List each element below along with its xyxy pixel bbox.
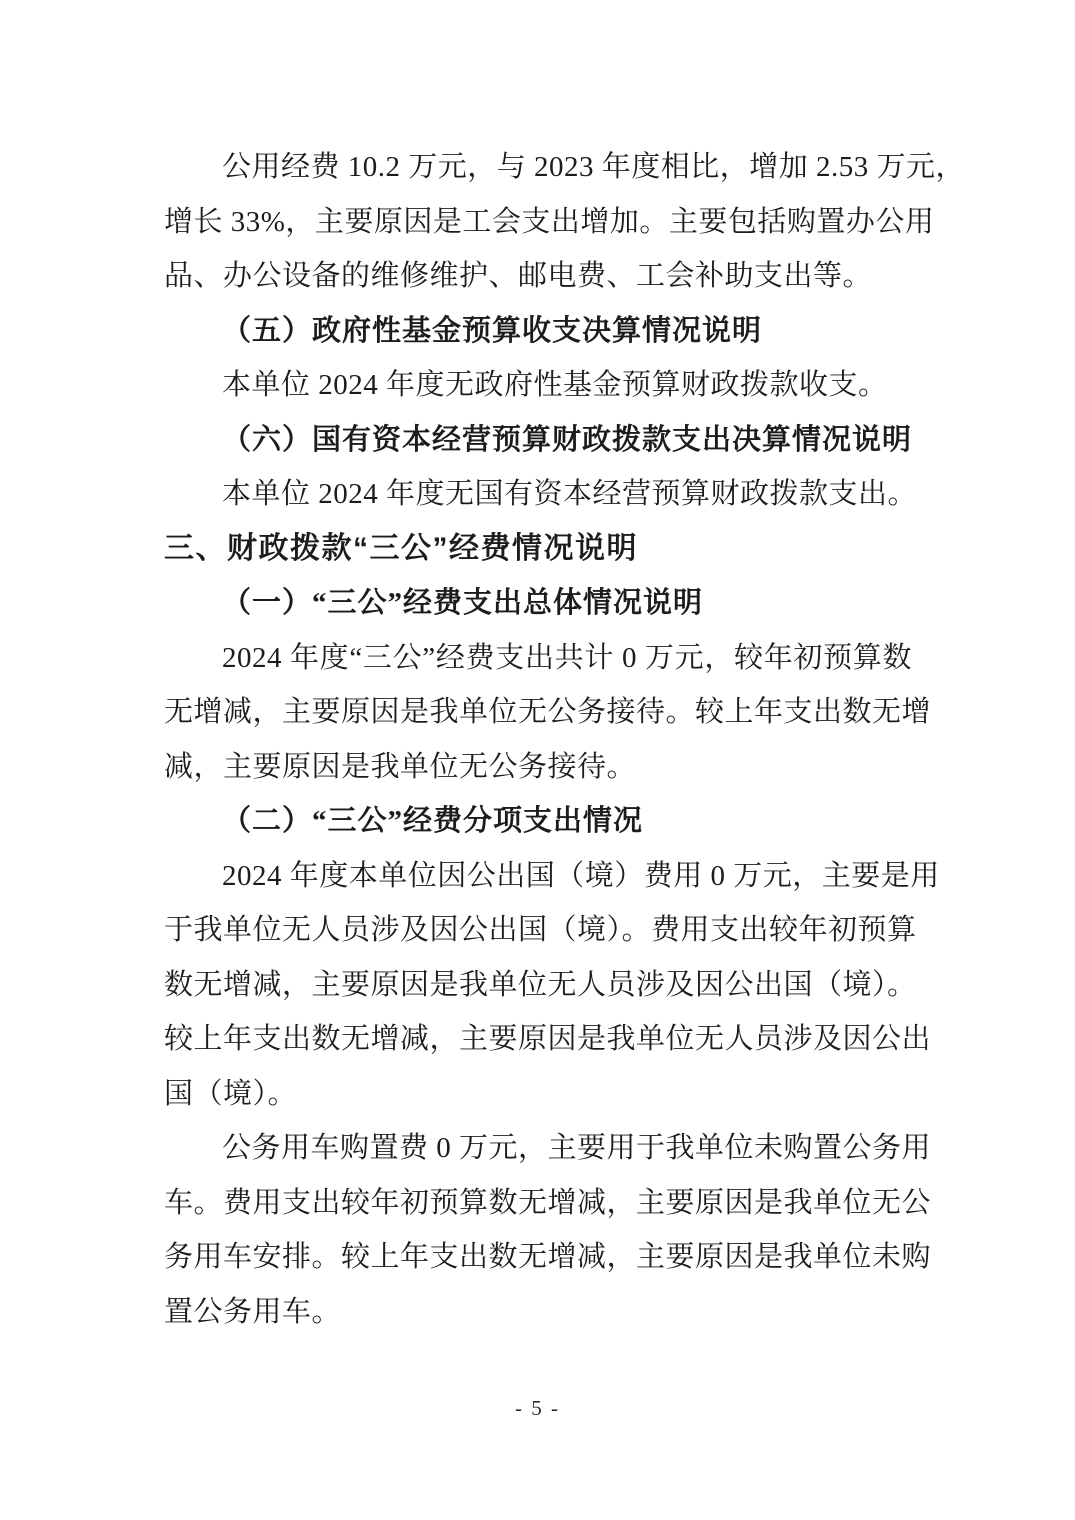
paragraph-line: 减，主要原因是我单位无公务接待。 xyxy=(164,740,912,795)
paragraph-line: 公务用车购置费 0 万元，主要用于我单位未购置公务用 xyxy=(164,1121,912,1176)
paragraph-line: 较上年支出数无增减，主要原因是我单位无人员涉及因公出 xyxy=(164,1012,912,1067)
paragraph-line: 数无增减，主要原因是我单位无人员涉及因公出国（境）。 xyxy=(164,958,912,1013)
paragraph-line: 品、办公设备的维修维护、邮电费、工会补助支出等。 xyxy=(164,249,912,304)
paragraph-line: 增长 33%，主要原因是工会支出增加。主要包括购置办公用 xyxy=(164,195,912,250)
paragraph-line: 无增减，主要原因是我单位无公务接待。较上年支出数无增 xyxy=(164,685,912,740)
paragraph-no-gov-fund: 本单位 2024 年度无政府性基金预算财政拨款收支。 xyxy=(164,358,912,413)
document-body: 公用经费 10.2 万元，与 2023 年度相比，增加 2.53 万元， 增长 … xyxy=(164,140,912,1339)
paragraph-line: 公用经费 10.2 万元，与 2023 年度相比，增加 2.53 万元， xyxy=(164,140,912,195)
paragraph-line: 置公务用车。 xyxy=(164,1285,912,1340)
heading-3-2: （二）“三公”经费分项支出情况 xyxy=(164,794,912,849)
paragraph-line: 车。费用支出较年初预算数无增减，主要原因是我单位无公 xyxy=(164,1176,912,1231)
paragraph-public-funds: 公用经费 10.2 万元，与 2023 年度相比，增加 2.53 万元， 增长 … xyxy=(164,140,912,304)
page-number: - 5 - xyxy=(0,1396,1075,1421)
document-page: 公用经费 10.2 万元，与 2023 年度相比，增加 2.53 万元， 增长 … xyxy=(0,0,1075,1520)
heading-3-1: （一）“三公”经费支出总体情况说明 xyxy=(164,576,912,631)
paragraph-abroad-expense: 2024 年度本单位因公出国（境）费用 0 万元，主要是用 于我单位无人员涉及因… xyxy=(164,849,912,1122)
paragraph-sangong-total: 2024 年度“三公”经费支出共计 0 万元，较年初预算数 无增减，主要原因是我… xyxy=(164,631,912,795)
paragraph-line: 于我单位无人员涉及因公出国（境）。费用支出较年初预算 xyxy=(164,903,912,958)
paragraph-no-state-capital: 本单位 2024 年度无国有资本经营预算财政拨款支出。 xyxy=(164,467,912,522)
paragraph-line: 2024 年度“三公”经费支出共计 0 万元，较年初预算数 xyxy=(164,631,912,686)
paragraph-vehicle-expense: 公务用车购置费 0 万元，主要用于我单位未购置公务用 车。费用支出较年初预算数无… xyxy=(164,1121,912,1339)
heading-part-3: 三、财政拨款“三公”经费情况说明 xyxy=(164,522,912,577)
paragraph-line: 务用车安排。较上年支出数无增减，主要原因是我单位未购 xyxy=(164,1230,912,1285)
paragraph-line: 2024 年度本单位因公出国（境）费用 0 万元，主要是用 xyxy=(164,849,912,904)
heading-section-5: （五）政府性基金预算收支决算情况说明 xyxy=(164,304,912,359)
heading-section-6: （六）国有资本经营预算财政拨款支出决算情况说明 xyxy=(164,413,912,468)
paragraph-line: 国（境）。 xyxy=(164,1067,912,1122)
